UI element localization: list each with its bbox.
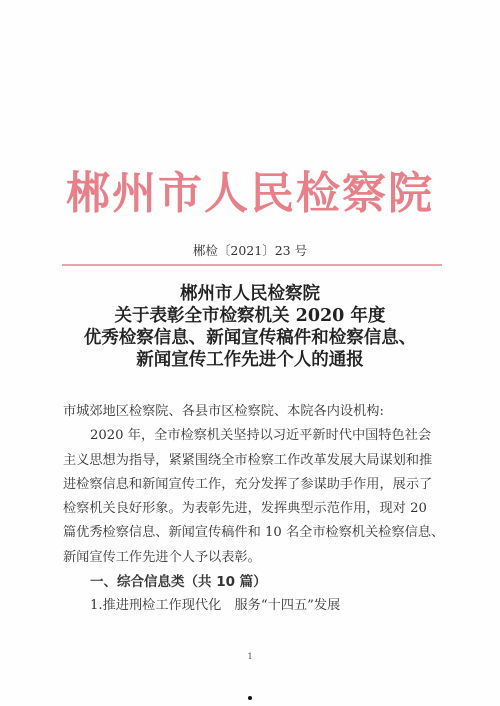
section-heading: 一、综合信息类（共 10 篇）	[63, 570, 443, 594]
masthead-title: 郴州市人民检察院	[0, 168, 500, 220]
body-line: 主义思想为指导，紧紧围绕全市检察工作改革发展大局谋划和推	[63, 449, 443, 473]
body-line: 新闻宣传工作先进个人予以表彰。	[63, 546, 443, 570]
body-line: 2020 年，全市检察机关坚持以习近平新时代中国特色社会	[63, 424, 443, 448]
notice-title: 郴州市人民检察院 关于表彰全市检察机关 2020 年度 优秀检察信息、新闻宣传稿…	[0, 283, 500, 371]
title-line: 郴州市人民检察院	[0, 283, 500, 305]
document-page: 郴州市人民检察院 郴检〔2021〕23 号 郴州市人民检察院 关于表彰全市检察机…	[0, 0, 500, 706]
body-line: 检察机关良好形象。为表彰先进，发挥典型示范作用，现对 20	[63, 497, 443, 521]
title-line: 新闻宣传工作先进个人的通报	[0, 349, 500, 371]
document-number: 郴检〔2021〕23 号	[0, 243, 500, 259]
recipient-line: 市城郊地区检察院、各县市区检察院、本院各内设机构:	[63, 400, 443, 424]
page-number: 1	[0, 652, 500, 661]
title-line: 优秀检察信息、新闻宣传稿件和检察信息、	[0, 327, 500, 349]
notice-body: 市城郊地区检察院、各县市区检察院、本院各内设机构: 2020 年，全市检察机关坚…	[63, 400, 443, 619]
title-line: 关于表彰全市检察机关 2020 年度	[0, 305, 500, 327]
body-line: 进检察信息和新闻宣传工作，充分发挥了参谋助手作用，展示了	[63, 473, 443, 497]
list-item: 1.推进刑检工作现代化 服务“十四五”发展	[63, 594, 443, 618]
scan-dot	[248, 696, 252, 700]
red-divider-rule	[62, 264, 442, 266]
body-line: 篇优秀检察信息、新闻宣传稿件和 10 名全市检察机关检察信息、	[63, 521, 443, 545]
